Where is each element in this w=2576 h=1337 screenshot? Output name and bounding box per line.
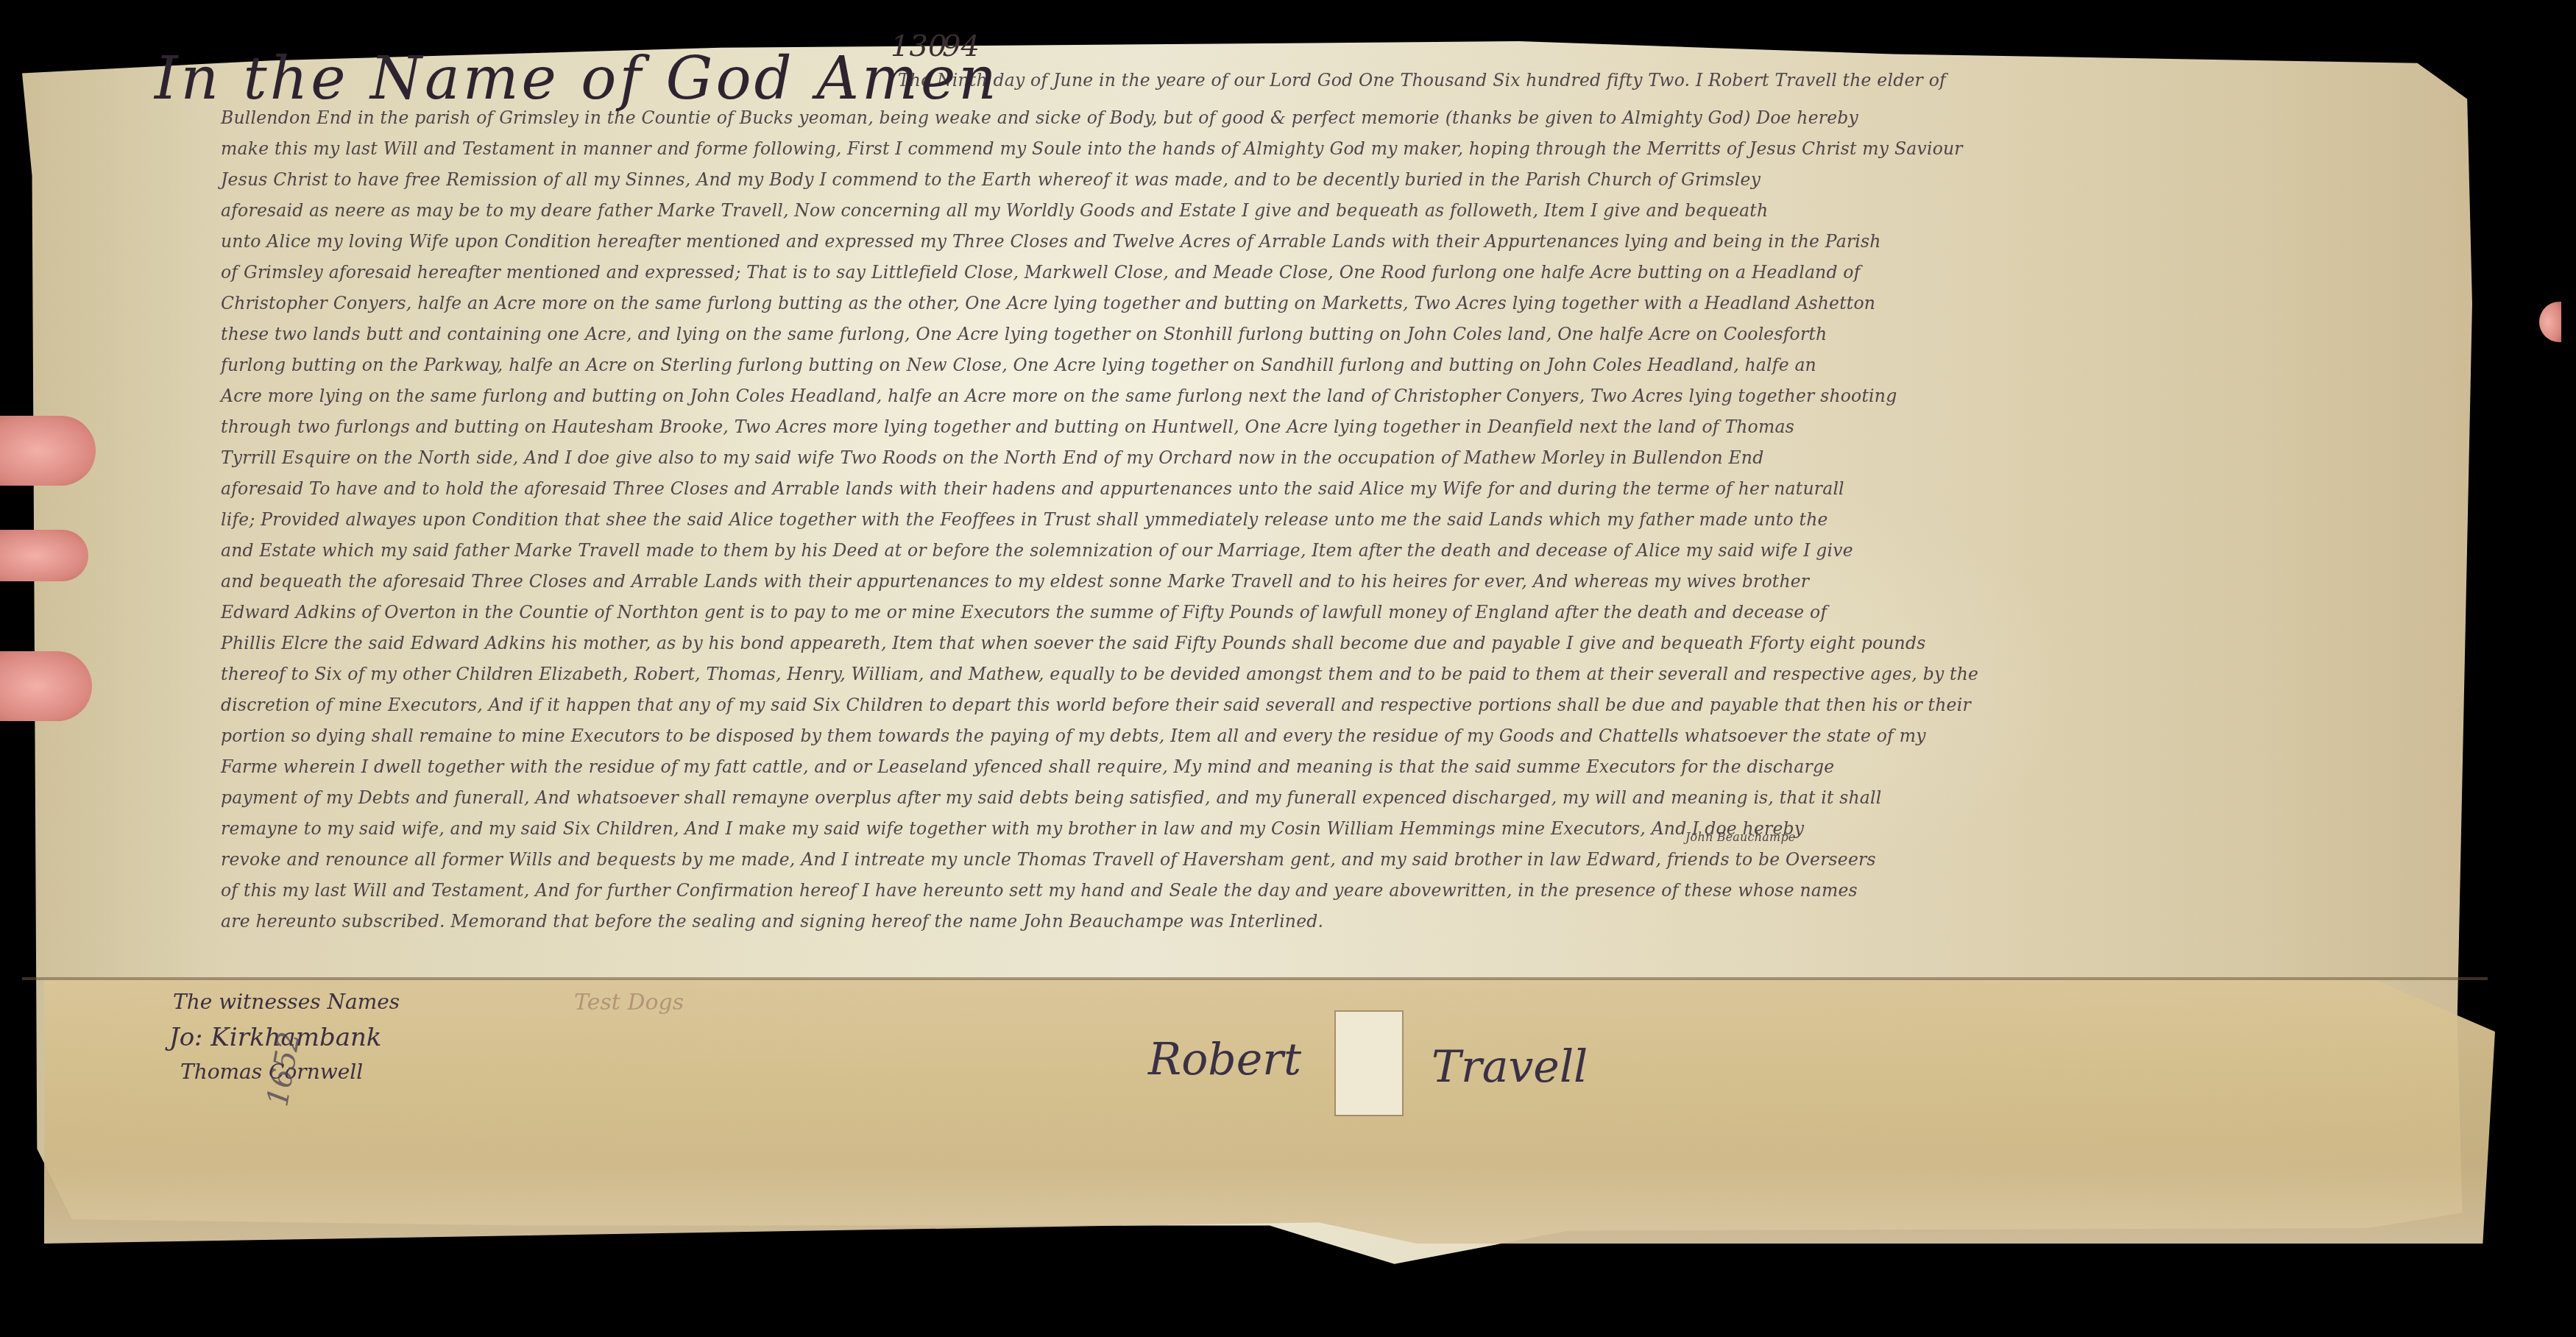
interlineation: John Beauchampe	[1685, 830, 1796, 844]
body-line: unto Alice my loving Wife upon Condition…	[221, 231, 1881, 252]
fold-line	[22, 977, 2488, 980]
signature-last-name: Travell	[1432, 1041, 1588, 1093]
body-line: Phillis Elcre the said Edward Adkins his…	[221, 633, 1925, 653]
body-line: Farme wherein I dwell together with the …	[221, 756, 1834, 777]
body-line: furlong butting on the Parkway, halfe an…	[221, 355, 1816, 375]
body-line: discretion of mine Executors, And if it …	[221, 695, 1971, 715]
body-line: of this my last Will and Testament, And …	[221, 880, 1858, 901]
right-hand-fingertip	[2539, 302, 2561, 342]
signature-first-name: Robert	[1148, 1034, 1301, 1085]
body-line: Edward Adkins of Overton in the Countie …	[221, 602, 1827, 623]
body-line: life; Provided alwayes upon Condition th…	[221, 509, 1828, 530]
body-line: revoke and renounce all former Wills and…	[221, 849, 1876, 870]
seal-tag	[1336, 1012, 1402, 1115]
body-line: The Ninth day of June in the yeare of ou…	[898, 70, 1946, 91]
body-line: payment of my Debts and funerall, And wh…	[221, 787, 1881, 808]
body-line: Acre more lying on the same furlong and …	[221, 386, 1897, 406]
body-line: of Grimsley aforesaid hereafter mentione…	[221, 262, 1861, 283]
body-line: portion so dying shall remaine to mine E…	[221, 726, 1926, 746]
body-line: thereof to Six of my other Children Eliz…	[221, 664, 1978, 684]
body-line: aforesaid To have and to hold the afores…	[221, 478, 1844, 499]
body-line: through two furlongs and butting on Haut…	[221, 416, 1794, 437]
faint-endorsement: Test Dogs	[574, 990, 684, 1015]
body-line: these two lands butt and containing one …	[221, 324, 1827, 344]
document-heading: In the Name of God Amen	[155, 44, 999, 113]
body-line: aforesaid as neere as may be to my deare…	[221, 200, 1768, 221]
left-hand-finger-top	[0, 416, 96, 486]
body-line: remayne to my said wife, and my said Six…	[221, 818, 1804, 839]
body-line: Tyrrill Esquire on the North side, And I…	[221, 447, 1763, 468]
witness-header: The witnesses Names	[173, 990, 400, 1014]
body-line: and bequeath the aforesaid Three Closes …	[221, 571, 1809, 592]
turnup-fold	[44, 979, 2495, 1244]
body-line: and Estate which my said father Marke Tr…	[221, 540, 1853, 561]
body-line: Jesus Christ to have free Remission of a…	[221, 169, 1761, 190]
body-line: Bullendon End in the parish of Grimsley …	[221, 107, 1858, 128]
body-line: Christopher Conyers, halfe an Acre more …	[221, 293, 1875, 313]
body-line: are hereunto subscribed. Memorand that b…	[221, 911, 1323, 932]
left-hand-finger-bottom	[0, 651, 92, 721]
body-line: make this my last Will and Testament in …	[221, 138, 1963, 159]
left-hand-finger-middle	[0, 530, 88, 581]
